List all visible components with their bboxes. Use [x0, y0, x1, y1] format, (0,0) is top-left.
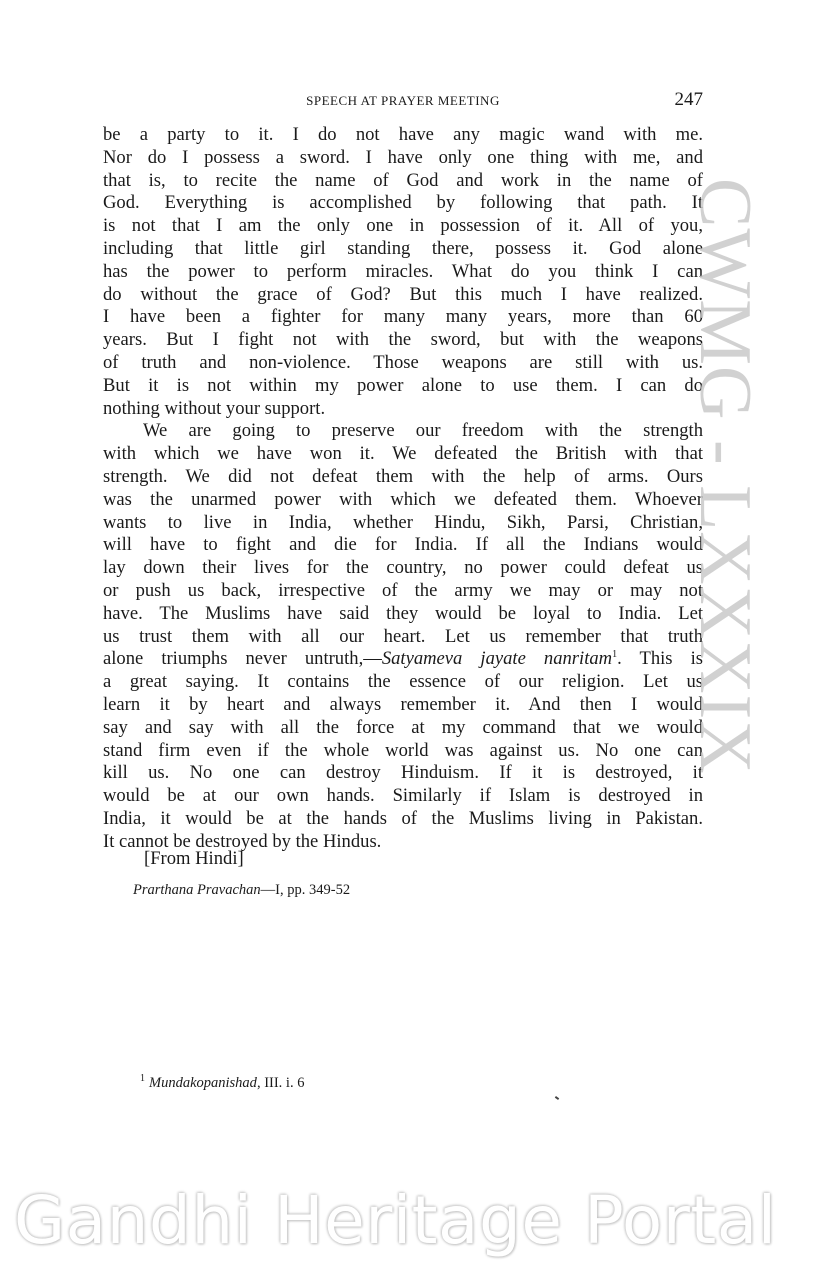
text-line: I have been a fighter for many many year… — [103, 306, 703, 329]
source-language-note: [From Hindi] — [144, 848, 244, 870]
sanskrit-quote: Satyameva jayate nanritam — [382, 648, 612, 669]
text-line: that is, to recite the name of God and w… — [103, 170, 703, 193]
text-line: be a party to it. I do not have any magi… — [103, 124, 703, 147]
footnote-mark: 1 — [140, 1073, 145, 1084]
text-line: would be at our own hands. Similarly if … — [103, 785, 703, 808]
footnote: 1Mundakopanishad, III. i. 6 — [140, 1073, 304, 1092]
text-line: with which we have won it. We defeated t… — [103, 443, 703, 466]
page-number: 247 — [675, 89, 704, 111]
text-line: a great saying. It contains the essence … — [103, 671, 703, 694]
text-line: is not that I am the only one in possess… — [103, 215, 703, 238]
body-text: be a party to it. I do not have any magi… — [103, 124, 703, 854]
portal-watermark: Gandhi Heritage Portal — [14, 1182, 814, 1262]
citation-title: Prarthana Pravachan — [133, 882, 261, 898]
text-line: of truth and non-violence. Those weapons… — [103, 352, 703, 375]
citation-pages: —I, pp. 349-52 — [261, 882, 350, 898]
scan-speck — [555, 1096, 559, 1100]
text-line: us trust them with all our heart. Let us… — [103, 626, 703, 649]
text-line: strength. We did not defeat them with th… — [103, 466, 703, 489]
text-line: kill us. No one can destroy Hinduism. If… — [103, 762, 703, 785]
quote-line: alone triumphs never untruth,—Satyameva … — [103, 648, 703, 671]
document-page: SPEECH AT PRAYER MEETING 247 be a party … — [0, 0, 827, 1272]
quote-lead: alone triumphs never untruth,— — [103, 648, 382, 669]
text-line: We are going to preserve our freedom wit… — [103, 420, 703, 443]
text-line: lay down their lives for the country, no… — [103, 557, 703, 580]
text-line: will have to fight and die for India. If… — [103, 534, 703, 557]
footnote-title: Mundakopanishad — [149, 1075, 257, 1091]
side-watermark: CWMG - LXXXIX — [677, 178, 767, 578]
text-line: learn it by heart and always remember it… — [103, 694, 703, 717]
text-line: has the power to perform miracles. What … — [103, 261, 703, 284]
text-line: including that little girl standing ther… — [103, 238, 703, 261]
text-line: years. But I fight not with the sword, b… — [103, 329, 703, 352]
text-line: have. The Muslims have said they would b… — [103, 603, 703, 626]
text-line: say and say with all the force at my com… — [103, 717, 703, 740]
source-citation: Prarthana Pravachan—I, pp. 349-52 — [133, 882, 350, 899]
text-line: India, it would be at the hands of the M… — [103, 808, 703, 831]
text-line: But it is not within my power alone to u… — [103, 375, 703, 398]
text-line: do without the grace of God? But this mu… — [103, 284, 703, 307]
side-watermark-text: CWMG - LXXXIX — [682, 178, 767, 775]
running-title: SPEECH AT PRAYER MEETING — [153, 93, 653, 109]
footnote-reference: , III. i. 6 — [257, 1075, 305, 1091]
text-line: was the unarmed power with which we defe… — [103, 489, 703, 512]
text-line: stand firm even if the whole world was a… — [103, 740, 703, 763]
paragraph-1: be a party to it. I do not have any magi… — [103, 124, 703, 420]
text-line: or push us back, irrespective of the arm… — [103, 580, 703, 603]
paragraph-2: We are going to preserve our freedom wit… — [103, 420, 703, 853]
text-line: nothing without your support. — [103, 398, 703, 421]
running-head: SPEECH AT PRAYER MEETING 247 — [103, 89, 703, 113]
text-line: God. Everything is accomplished by follo… — [103, 192, 703, 215]
text-line: Nor do I possess a sword. I have only on… — [103, 147, 703, 170]
text-line: wants to live in India, whether Hindu, S… — [103, 512, 703, 535]
